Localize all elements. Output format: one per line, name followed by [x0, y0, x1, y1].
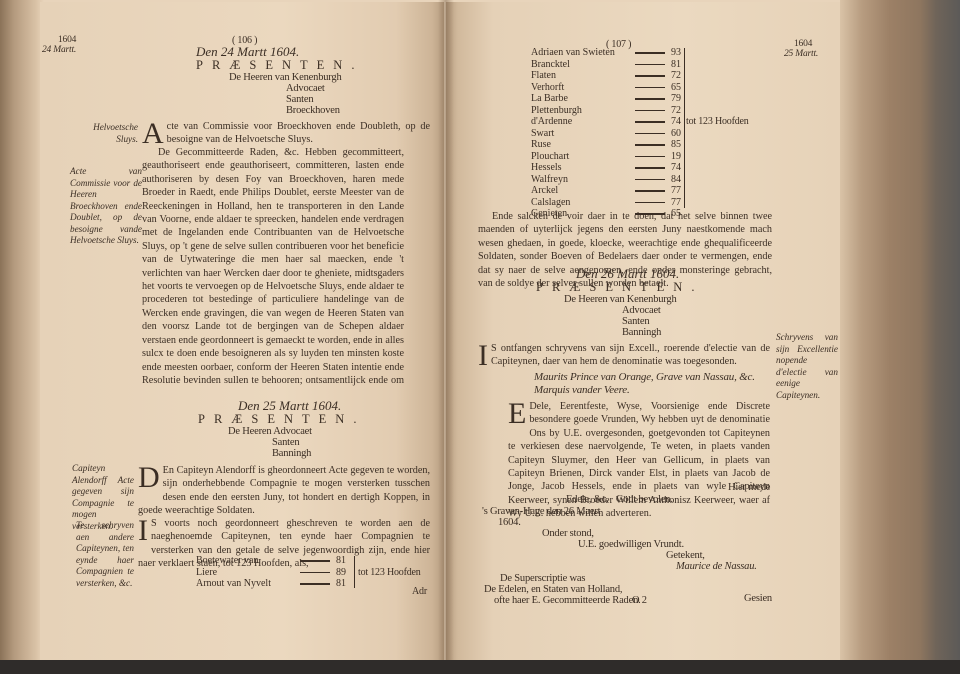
rule-dash: [635, 98, 665, 100]
margin-note: Te schryven aen andere Capiteynen, ten e…: [76, 520, 134, 589]
margin-note: Acte van Commissie voor de Heeren Broeck…: [70, 166, 142, 247]
rule-dash: [635, 64, 665, 66]
list-item: Flaten72: [531, 70, 685, 82]
letter-heading: Maurits Prince van Orange, Grave van Nas…: [534, 371, 755, 384]
list-item: Arnout van Nyvelt81: [196, 578, 350, 590]
list-item: Plouchart19: [531, 151, 685, 163]
place-date-year: 1604.: [498, 516, 521, 529]
rule-dash: [635, 190, 665, 192]
paragraph: Acte van Commissie voor Broeckhoven ende…: [142, 120, 430, 147]
list-total: tot 123 Hoofden: [358, 566, 421, 579]
captain-list-left: Boetewater van81 Liere89 Arnout van Nyve…: [196, 555, 350, 590]
rule-dash: [635, 75, 665, 77]
rule-dash: [300, 583, 330, 585]
book-gutter: [438, 0, 454, 674]
drop-cap: E: [508, 401, 526, 427]
rule-dash: [635, 121, 665, 123]
member: Banningh: [272, 447, 311, 460]
drop-cap: I: [138, 518, 148, 544]
rule-dash: [635, 144, 665, 146]
superscription: ofte haer E. Gecommitteerde Raden.: [494, 594, 641, 607]
hier-mede: Hier mede: [728, 481, 770, 494]
drop-cap: I: [478, 343, 488, 369]
list-item: Plettenburgh72: [531, 105, 685, 117]
open-book: 1604 24 Martt. ( 106 ) Den 24 Martt 1604…: [0, 0, 960, 674]
list-item: La Barbe79: [531, 93, 685, 105]
running-head-date: 24 Martt.: [42, 44, 76, 57]
catchword: Adr: [412, 585, 427, 598]
margin-note: Schryvens van sijn Excellentie nopende d…: [776, 332, 838, 401]
signature-mark: O 2: [632, 594, 647, 607]
list-item: d'Ardenne74: [531, 116, 685, 128]
list-item: Adriaen van Swieten93: [531, 47, 685, 59]
bottom-shadow: [0, 660, 960, 674]
paragraph: De Gecommitteerde Raden, &c. Hebben geco…: [142, 146, 404, 388]
list-item: Boetewater van81: [196, 555, 350, 567]
signature: Maurice de Nassau.: [676, 560, 757, 573]
drop-cap: A: [142, 121, 164, 147]
list-brace: [680, 48, 685, 208]
member: Broeckhoven: [286, 104, 340, 117]
list-brace: [350, 556, 355, 588]
rule-dash: [635, 167, 665, 169]
paragraph: DEn Capiteyn Alendorff is gheordonneert …: [138, 464, 430, 518]
rule-dash: [635, 179, 665, 181]
list-item: Ruse85: [531, 139, 685, 151]
list-item: Walfreyn84: [531, 174, 685, 186]
list-item: Arckel77: [531, 185, 685, 197]
rule-dash: [635, 202, 665, 204]
list-item: Calslagen77: [531, 197, 685, 209]
running-head-date: 25 Martt.: [784, 48, 818, 61]
member: Banningh: [622, 326, 661, 339]
rule-dash: [300, 572, 330, 574]
list-item: Brancktel81: [531, 59, 685, 71]
rule-dash: [635, 133, 665, 135]
list-item: Liere89: [196, 567, 350, 579]
list-item: Hessels74: [531, 162, 685, 174]
paragraph: IS ontfangen schryvens van sijn Excell.,…: [478, 342, 770, 369]
list-item: Swart60: [531, 128, 685, 140]
rule-dash: [635, 110, 665, 112]
letter-heading: Marquis vander Veere.: [534, 384, 630, 397]
rule-dash: [635, 156, 665, 158]
list-total: tot 123 Hoofden: [686, 115, 749, 128]
page-edges-right: [840, 0, 960, 674]
catchword: Gesien: [744, 592, 772, 605]
list-item: Verhorft65: [531, 82, 685, 94]
captain-list-right: Adriaen van Swieten93 Brancktel81 Flaten…: [531, 47, 685, 220]
margin-note: Helvoetsche Sluys.: [86, 122, 138, 145]
rule-dash: [300, 560, 330, 562]
rule-dash: [635, 87, 665, 89]
rule-dash: [635, 52, 665, 54]
drop-cap: D: [138, 465, 160, 491]
